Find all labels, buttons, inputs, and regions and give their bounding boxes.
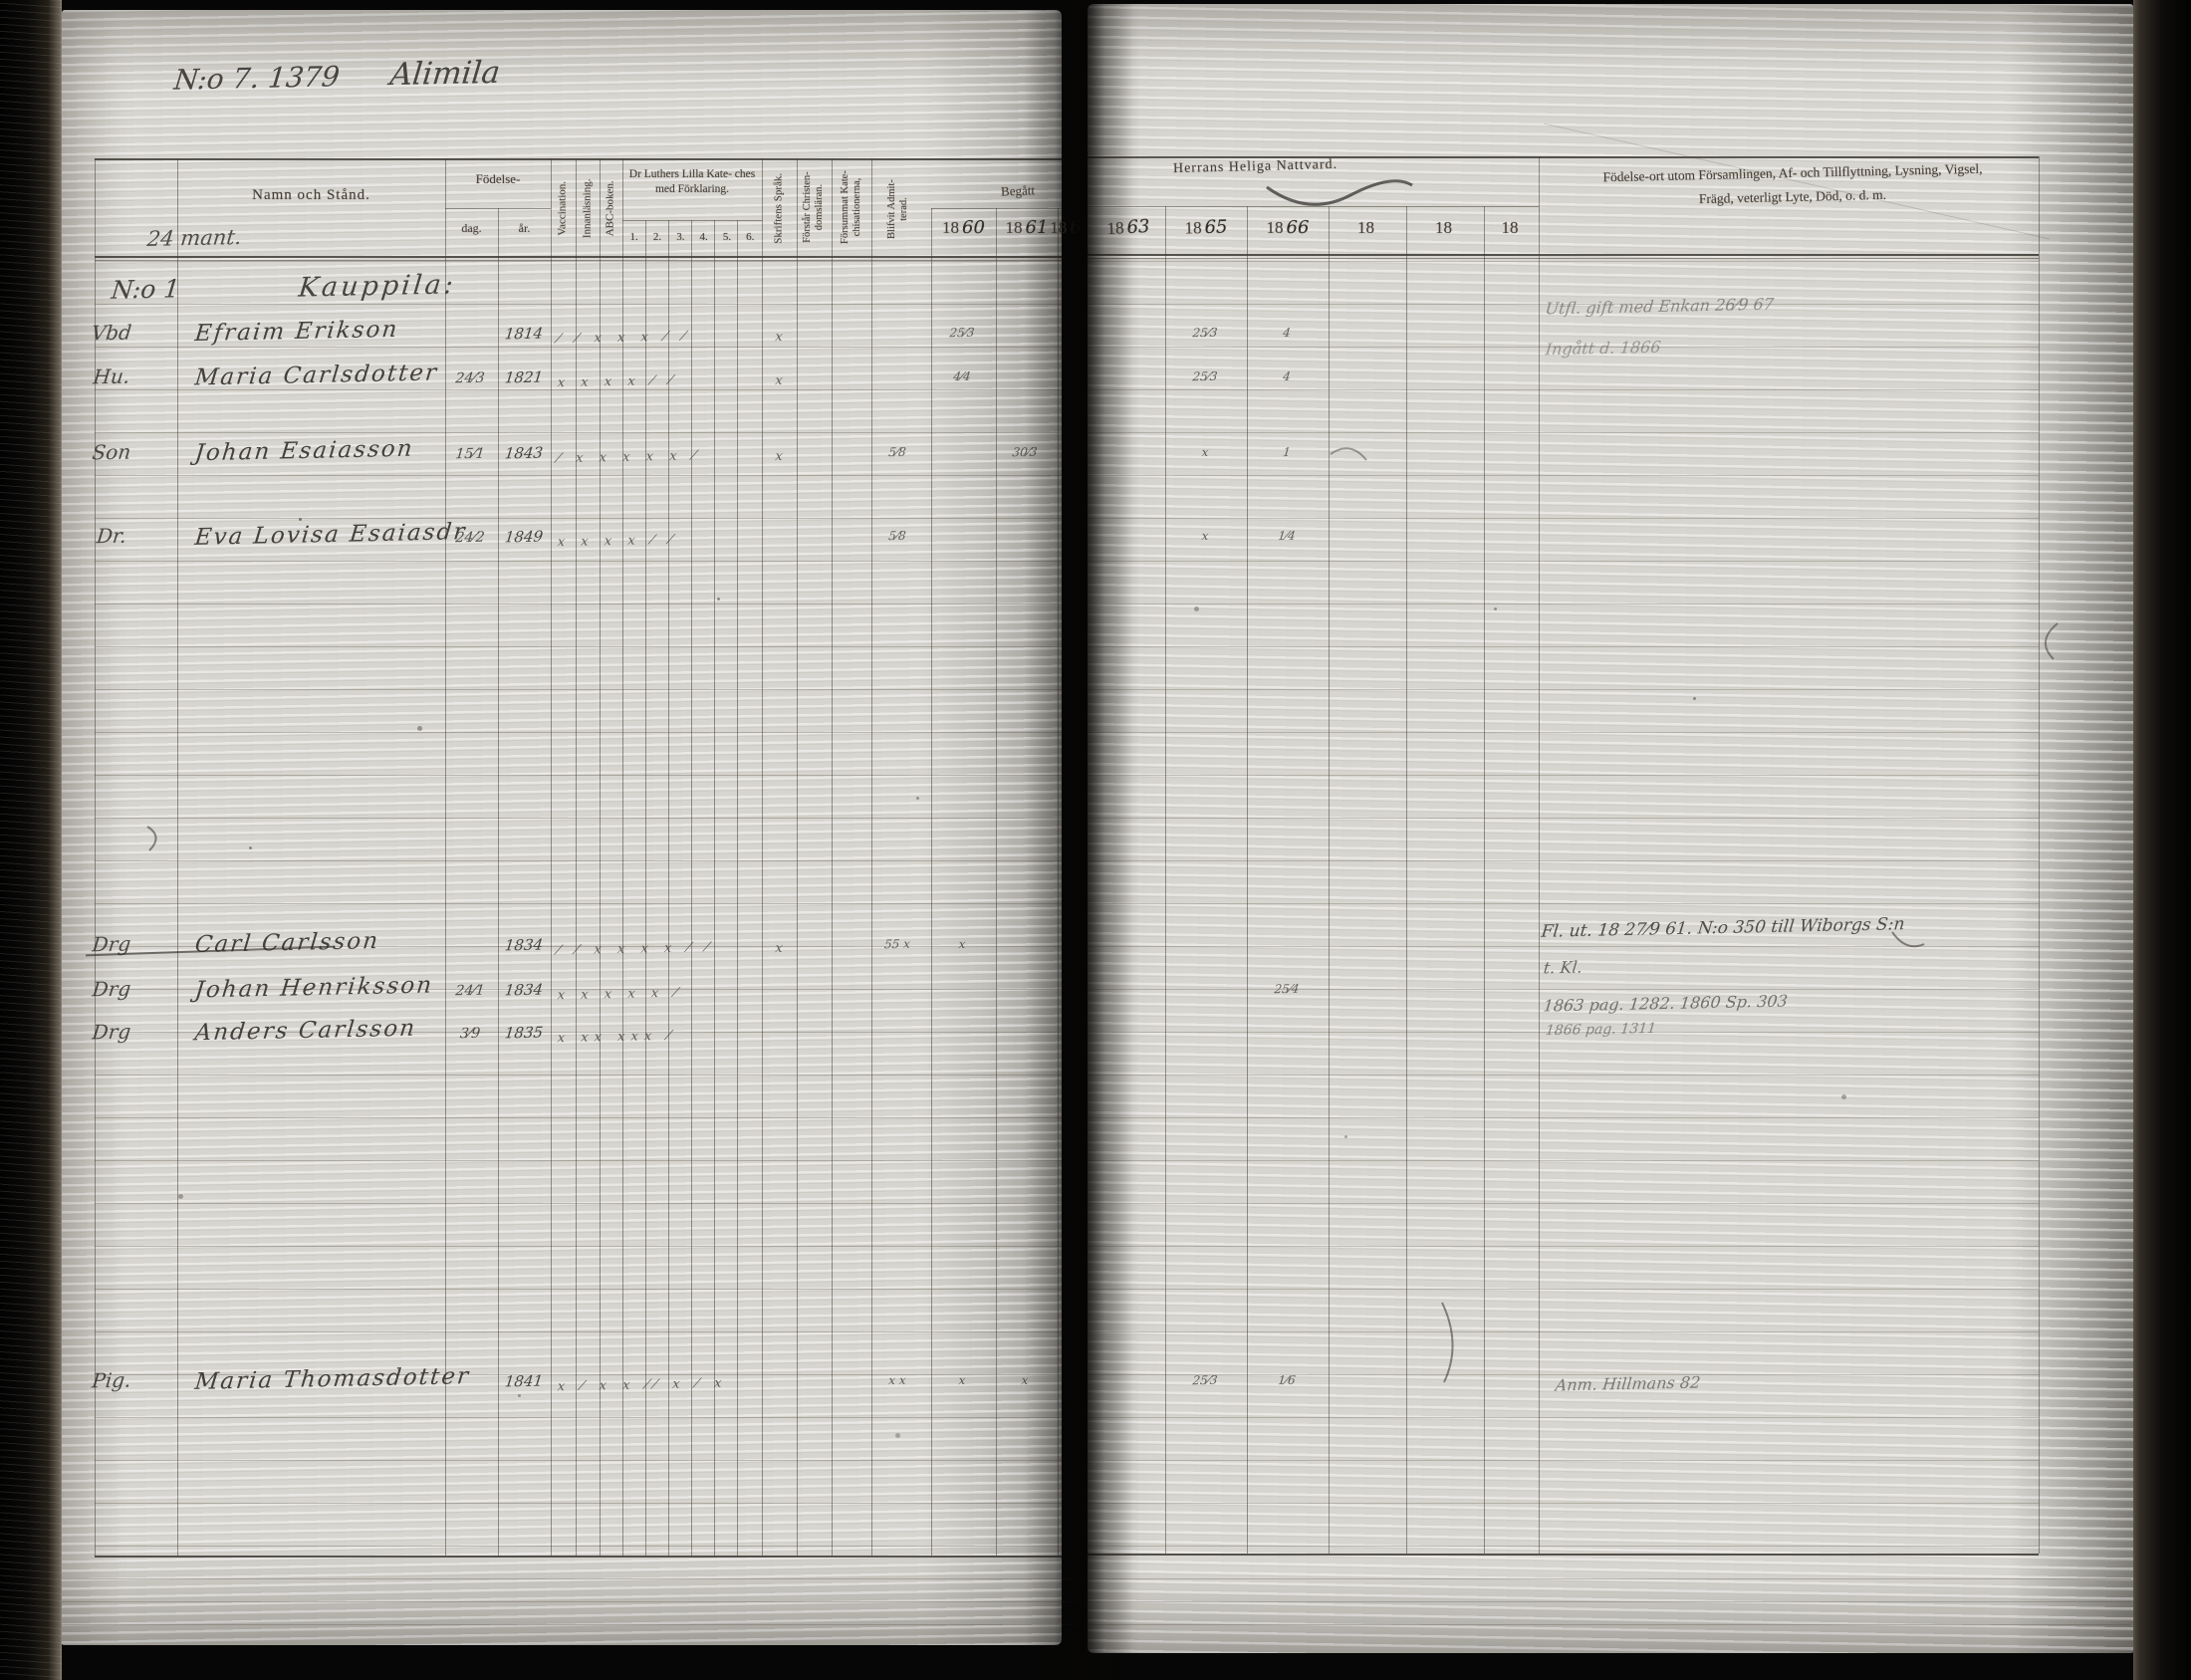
row-admitted-mark: 55 x: [865, 936, 929, 951]
row-birth-day: 15⁄1: [442, 445, 498, 462]
row-status: Drg: [55, 976, 169, 1002]
row-status: Hu.: [55, 363, 169, 389]
table-row: Drg Anders Carlsson 3⁄9 1835 x xx xxx ⁄: [0, 1016, 2191, 1058]
row-1865-mark: 25⁄3: [1164, 368, 1246, 384]
year-prefix: 18: [1050, 218, 1067, 237]
row-name: Eva Lovisa Esaiasdr: [193, 519, 467, 551]
row-1866-mark: 1: [1246, 444, 1328, 460]
row-name: Johan Esaiasson: [193, 436, 415, 467]
row-script-mark: x: [762, 373, 796, 389]
row-script-mark: x: [762, 449, 796, 465]
row-birth-year: 1814: [495, 324, 553, 343]
village-title: Alimila: [388, 55, 502, 93]
column-line: [1484, 206, 1485, 1554]
row-name: Maria Carlsdotter: [193, 360, 439, 390]
row-birth-day: [443, 326, 497, 327]
header-blifvit-admitterad: Blifvit Admit- terad.: [886, 174, 910, 244]
column-line: [498, 208, 499, 1556]
note-second-faint: Ingått d. 1866: [1545, 338, 1662, 359]
row-status: Drg: [55, 931, 169, 957]
table-row: Pig. Maria Thomasdotter 1841 x ⁄ x x ⁄⁄ …: [0, 1364, 2191, 1406]
book-scan: Namn och Stånd. Födelse- dag. år. Vaccin…: [0, 0, 2191, 1680]
note-page-ref-2: 1866 pag. 1311: [1545, 1021, 1657, 1039]
header-catechism-cols: 1. 2. 3. 4. 5. 6.: [622, 231, 762, 243]
year-cell-1860: 1860: [931, 217, 996, 238]
table-row: Vbd Efraim Erikson 1814 ⁄ ⁄ x x x ⁄ ⁄ x …: [0, 317, 2191, 359]
note-t-kl: t. Kl.: [1543, 958, 1583, 978]
row-1866-mark: 25⁄4: [1246, 981, 1328, 997]
row-1865-mark: 25⁄3: [1164, 1372, 1246, 1388]
row-name: Carl Carlsson: [193, 928, 380, 958]
header-abc-boken: ABC-boken.: [605, 164, 617, 252]
catechism-col-5: 5.: [715, 231, 738, 243]
row-birth-day: 24⁄2: [442, 529, 498, 546]
book-right-edge: [2133, 0, 2191, 1680]
household-name: Kauppila:: [297, 269, 457, 303]
row-status: Vbd: [55, 320, 169, 346]
catechism-col-1: 1.: [622, 231, 645, 243]
row-catechism-marks: x ⁄ x x ⁄⁄ x ⁄ x: [557, 1375, 768, 1394]
header-forsummat-katechisationerna: Försummat Kate- chisationerna,: [840, 157, 863, 257]
note-anm-hillmans: Anm. Hillmans 82: [1555, 1372, 1701, 1394]
column-line: [737, 220, 738, 1556]
year-handwritten: 65: [1204, 216, 1227, 238]
row-1861-mark: 30⁄3: [993, 444, 1057, 459]
column-line: [1329, 206, 1330, 1554]
catechism-col-2: 2.: [645, 231, 668, 243]
row-1861-mark: x: [993, 1372, 1057, 1387]
row-admitted-mark: x x: [865, 1372, 929, 1387]
catechism-sub-line: [622, 220, 762, 221]
column-line: [1406, 206, 1407, 1554]
book-left-edge: [0, 0, 62, 1680]
year-cell-1866: 1866: [1247, 217, 1329, 238]
header-bottom-line: [1088, 254, 2039, 256]
column-line: [714, 220, 715, 1556]
row-status: Son: [55, 439, 169, 465]
header-birth: Födelse-: [445, 171, 551, 187]
header-skriftens-sprak: Skriftens Språk.: [773, 164, 786, 252]
ruling-line: [62, 1578, 2131, 1579]
header-vaccination: Vaccination.: [557, 164, 570, 252]
row-birth-day: 24⁄3: [442, 369, 498, 386]
year-cell-blank-1: 18: [1329, 217, 1406, 238]
row-birth-year: 1835: [495, 1023, 553, 1042]
row-script-mark: x: [762, 330, 796, 346]
year-handwritten: 66: [1287, 217, 1310, 238]
year-cell-1863: 1863: [1092, 215, 1166, 240]
catechism-col-3: 3.: [669, 231, 692, 243]
header-birth-day: dag.: [445, 221, 498, 236]
year-prefix: 18: [1106, 218, 1124, 238]
row-name: Efraim Erikson: [193, 317, 399, 347]
header-name-col: Namn och Stånd.: [179, 187, 443, 204]
year-prefix: 18: [1435, 218, 1452, 237]
header-bottom-line: [95, 256, 1062, 258]
year-prefix: 18: [1006, 218, 1023, 237]
row-1860-mark: x: [929, 1372, 995, 1387]
year-prefix: 18: [1357, 218, 1374, 237]
row-1865-mark: 25⁄3: [1164, 325, 1246, 341]
year-handwritten: 60: [962, 217, 985, 238]
header-innanlasning: Innanläsning.: [582, 164, 595, 252]
table-bottom-line: [1088, 1554, 2039, 1556]
row-catechism-marks: x x x x ⁄ ⁄: [557, 531, 768, 550]
row-name: Johan Henriksson: [193, 973, 434, 1004]
catechism-col-6: 6.: [739, 231, 762, 243]
year-prefix: 18: [1267, 218, 1284, 237]
row-1866-mark: 4: [1246, 325, 1328, 341]
year-prefix: 18: [1502, 218, 1519, 237]
row-birth-day: 24⁄1: [442, 982, 498, 999]
column-line: [1247, 206, 1248, 1554]
row-admitted-mark: 5⁄8: [865, 528, 929, 543]
row-1865-mark: x: [1164, 528, 1246, 544]
row-admitted-mark: [866, 368, 928, 369]
row-birth-year: 1843: [495, 443, 553, 462]
row-admitted-mark: [866, 325, 928, 326]
table-top-line: [1088, 156, 2039, 158]
header-bottom-line2: [1088, 258, 2039, 259]
ruling-line: [62, 1624, 2131, 1625]
header-catechism: Dr Luthers Lilla Kate- ches med Förklari…: [624, 167, 760, 197]
folio-number: N:o 7. 1379: [172, 60, 341, 96]
table-row: Dr. Eva Lovisa Esaiasdr 24⁄2 1849 x x x …: [0, 520, 2191, 562]
row-1866-mark: 1⁄4: [1246, 528, 1328, 544]
ruling-line: [62, 1601, 2131, 1602]
column-line: [645, 220, 646, 1556]
row-name: Anders Carlsson: [193, 1016, 417, 1047]
row-1860-mark: 25⁄3: [929, 325, 995, 340]
row-status: Pig.: [55, 1367, 169, 1393]
year-cell-blank-2: 18: [1406, 217, 1484, 238]
table-row: Son Johan Esaiasson 15⁄1 1843 ⁄ x x x x …: [0, 436, 2191, 478]
row-catechism-marks: ⁄ ⁄ x x x x ⁄ ⁄: [557, 939, 768, 958]
year-cell-1865: 1865: [1165, 216, 1248, 239]
catechism-col-4: 4.: [692, 231, 715, 243]
column-line: [1165, 206, 1166, 1554]
row-catechism-marks: ⁄ x x x x x ⁄: [557, 447, 768, 466]
row-status: Drg: [55, 1019, 169, 1045]
table-bottom-line: [95, 1556, 1062, 1558]
year-cell-blank-3: 18: [1484, 217, 1539, 238]
row-1860-mark: x: [929, 936, 995, 951]
row-catechism-marks: x x x x ⁄ ⁄: [557, 371, 768, 390]
year-handwritten: 63: [1126, 216, 1150, 238]
row-1861-mark: [994, 325, 1056, 326]
row-catechism-marks: x xx xxx ⁄: [557, 1027, 768, 1046]
table-row: Drg Johan Henriksson 24⁄1 1834 x x x x x…: [0, 973, 2191, 1015]
header-forstar-christendomslaran: Förstår Christen- domsläran.: [802, 157, 826, 257]
row-birth-year: 1841: [495, 1371, 553, 1390]
row-catechism-marks: x x x x x ⁄: [557, 984, 768, 1003]
row-catechism-marks: ⁄ ⁄ x x x ⁄ ⁄: [557, 328, 768, 347]
column-line: [996, 208, 997, 1556]
mantal-note: 24 mant.: [146, 225, 243, 251]
years-top-line: [1088, 206, 1539, 207]
year-handwritten: 6: [1070, 217, 1081, 238]
year-cell-1862: 186: [1041, 217, 1091, 238]
header-bottom-line2: [95, 260, 1062, 261]
row-1865-mark: x: [1164, 444, 1246, 460]
row-status: Dr.: [55, 523, 169, 549]
row-1860-mark: 4⁄4: [929, 368, 995, 383]
row-birth-day: 3⁄9: [442, 1025, 498, 1042]
header-communion-begatt: Begått: [1001, 182, 1035, 199]
row-birth-year: 1821: [495, 367, 553, 386]
table-row: Hu. Maria Carlsdotter 24⁄3 1821 x x x x …: [0, 360, 2191, 402]
header-birth-year: år.: [498, 221, 551, 236]
row-birth-year: 1834: [495, 980, 553, 999]
row-birth-year: 1849: [495, 527, 553, 546]
column-line: [691, 220, 692, 1556]
row-1866-mark: 1⁄6: [1246, 1372, 1328, 1388]
row-birth-year: 1834: [495, 935, 553, 954]
year-prefix: 18: [942, 218, 959, 237]
row-name: Maria Thomasdotter: [193, 1363, 471, 1395]
row-1866-mark: 4: [1246, 368, 1328, 384]
year-prefix: 18: [1184, 218, 1201, 237]
column-line: [1058, 208, 1059, 1556]
column-line: [668, 220, 669, 1556]
table-top-line: [95, 158, 1062, 160]
column-line: [931, 208, 932, 1556]
household-number: N:o 1: [110, 274, 180, 304]
row-admitted-mark: 5⁄8: [865, 444, 929, 459]
row-script-mark: x: [762, 941, 796, 957]
